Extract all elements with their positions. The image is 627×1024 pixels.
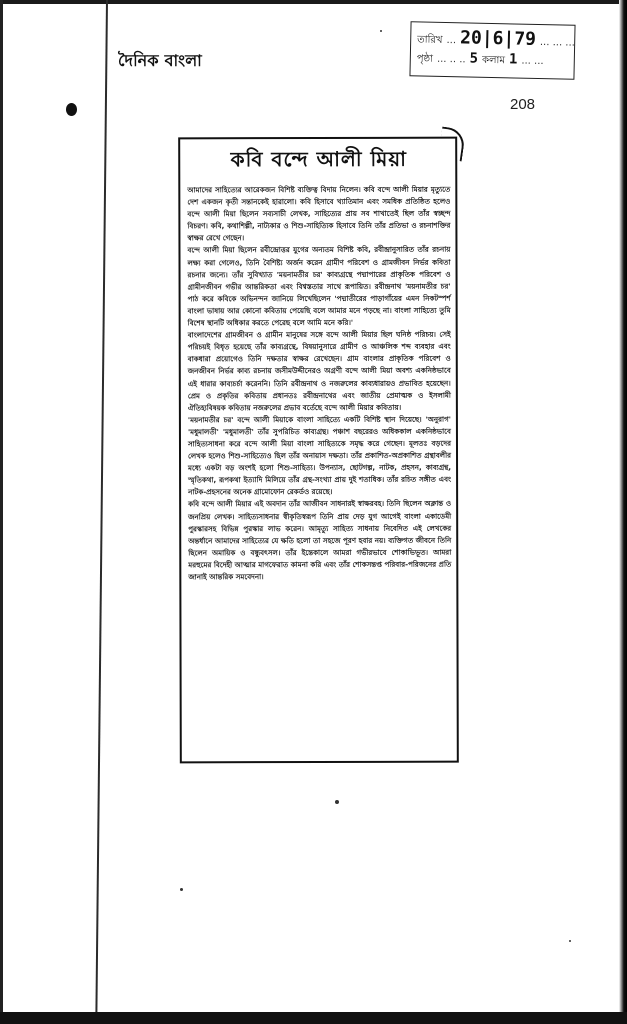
scan-left-edge bbox=[0, 0, 3, 1024]
scan-speck bbox=[335, 800, 339, 804]
stamp-column-label: কলাম bbox=[482, 53, 505, 70]
scan-top-edge bbox=[0, 0, 627, 4]
stamp-dots: ... ... bbox=[521, 56, 543, 67]
stamp-date-label: তারিখ bbox=[417, 32, 443, 50]
archive-page-number: 208 bbox=[510, 96, 535, 113]
clipping-paragraph: 'ময়নামতীর চর' বন্দে আলী মিয়াকে বাংলা স… bbox=[188, 413, 451, 498]
scan-speck bbox=[569, 940, 571, 942]
scan-bottom-edge bbox=[0, 1012, 627, 1024]
stamp-dots: ... .. .. bbox=[437, 54, 466, 66]
stamp-dots: ... ... ... bbox=[540, 37, 575, 49]
stamp-column-value: 1 bbox=[509, 51, 518, 67]
clipping-body: আমাদের সাহিত্যের আরেকজন বিশিষ্ট ব্যক্তিত… bbox=[187, 184, 451, 584]
clipping-paragraph: বন্দে আলী মিয়া ছিলেন রবীন্দ্রোত্তর যুগে… bbox=[187, 244, 450, 329]
stamp-page-label: পৃষ্ঠা bbox=[417, 51, 434, 68]
newspaper-name: দৈনিক বাংলা bbox=[118, 48, 202, 75]
scan-right-edge bbox=[619, 0, 627, 1024]
page-fold-line bbox=[95, 0, 108, 1012]
clipping-title: কবি বন্দে আলী মিয়া bbox=[187, 145, 450, 179]
stamp-date-value: 20|6|79 bbox=[460, 27, 536, 50]
scan-speck bbox=[380, 30, 382, 32]
archive-stamp: তারিখ ... 20|6|79 ... ... ... পৃষ্ঠা ...… bbox=[409, 21, 575, 79]
clipping-paragraph: কবি বন্দে আলী মিয়ার এই অবদান তাঁর আজীবন… bbox=[188, 498, 451, 583]
stamp-date-row: তারিখ ... 20|6|79 ... ... ... bbox=[417, 26, 568, 52]
clipping-paragraph: আমাদের সাহিত্যের আরেকজন বিশিষ্ট ব্যক্তিত… bbox=[187, 184, 450, 245]
clipping-paragraph: বাংলাদেশের গ্রামজীবন ও গ্রামীন মানুষের স… bbox=[188, 329, 451, 414]
stamp-dots: ... bbox=[446, 35, 456, 46]
punch-hole-icon bbox=[66, 103, 77, 116]
scan-speck bbox=[180, 888, 183, 891]
stamp-page-value: 5 bbox=[469, 51, 478, 67]
newspaper-clipping: কবি বন্দে আলী মিয়া আমাদের সাহিত্যের আরে… bbox=[178, 137, 459, 764]
stamp-page-row: পৃষ্ঠা ... .. .. 5 কলাম 1 ... ... bbox=[417, 49, 568, 75]
